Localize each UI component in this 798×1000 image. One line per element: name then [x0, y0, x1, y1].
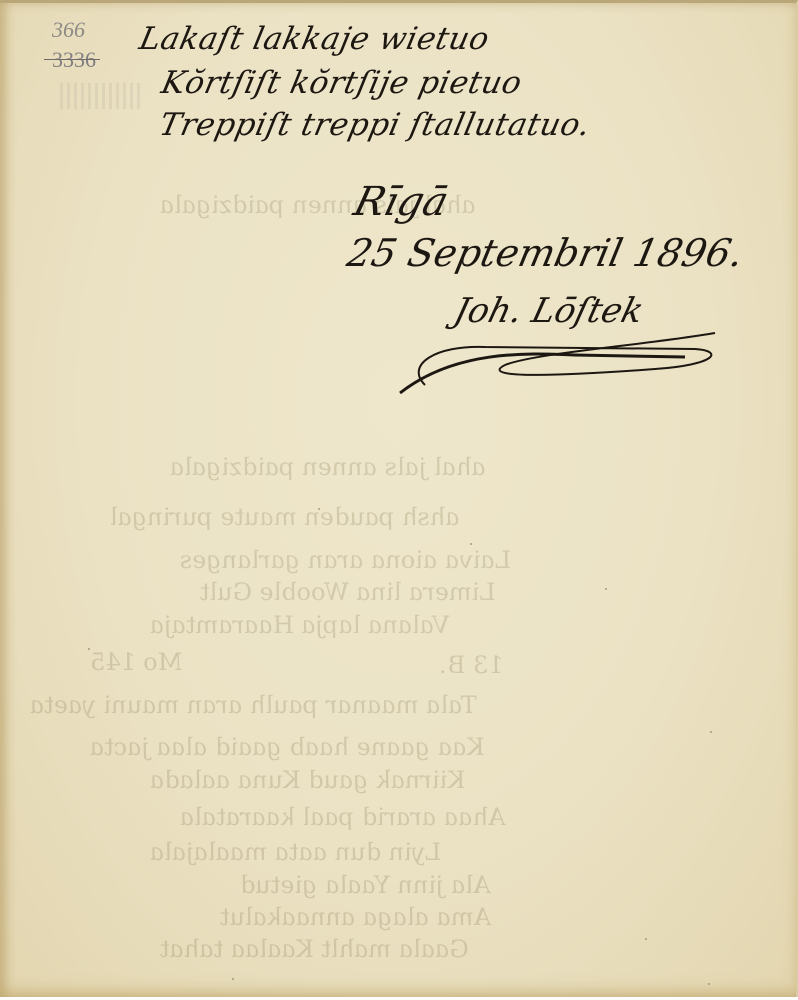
- bleed-line: Valana lapja Haaramtaja: [148, 611, 452, 639]
- verse-line-3: Treppiſt treppi ſtallutatuo.: [156, 107, 594, 143]
- bleed-line: Ama alaga annaakalut: [218, 903, 494, 931]
- paper-speck: [88, 648, 90, 650]
- paper-speck: [232, 978, 234, 980]
- bleed-line: 13 B.: [438, 651, 506, 679]
- bleed-line: Mo 145: [88, 648, 185, 676]
- bleed-line: Limera lina Wooble Gult: [198, 578, 498, 606]
- bleed-line: Laiva aiona aran garlanges: [178, 546, 514, 574]
- bleed-line: Tala maanar paulh aran mauni yaeta: [28, 691, 480, 719]
- bleed-line: Lyin dun aata maalajala: [148, 838, 444, 866]
- paper-speck: [708, 983, 710, 985]
- bleed-line: ahsh pauden maute puringal: [108, 503, 463, 531]
- place-name: Rīgā: [349, 179, 453, 225]
- archive-number-old: 3336: [52, 47, 96, 73]
- paper-speck: [645, 938, 647, 940]
- bleed-line: Gaala mahlt Kaalaa tahat: [158, 935, 472, 963]
- bleed-line: ahal jals annen paidzigala: [168, 453, 489, 481]
- strikethrough-line: [44, 59, 100, 60]
- bleed-line: Kaa gaane haab gaaid alaa jacta: [88, 733, 487, 761]
- signature-flourish-icon: [395, 325, 730, 395]
- paper-speck: [318, 508, 320, 510]
- verse-line-1: Lakaſt lakkaje wietuo: [136, 21, 492, 57]
- archive-number-current: 366: [52, 17, 85, 43]
- bleed-line: Kiirnak gaud Kuna aalada: [148, 766, 468, 794]
- date-line: 25 Septembril 1896.: [343, 231, 747, 275]
- bleed-line: Ahaa ararid paal kaaratala: [178, 803, 508, 831]
- paper-speck: [710, 731, 712, 733]
- bleed-line: Ala jinn Yaala gietud: [238, 871, 493, 899]
- paper-speck: [470, 543, 472, 545]
- paper-speck: [605, 588, 607, 590]
- faded-stamp: [60, 83, 140, 109]
- verse-line-2: Kŏrtſiſt kŏrtſije pietuo: [158, 65, 525, 101]
- manuscript-page: 366 3336 ahal jals annen paidzigala ahal…: [0, 0, 798, 997]
